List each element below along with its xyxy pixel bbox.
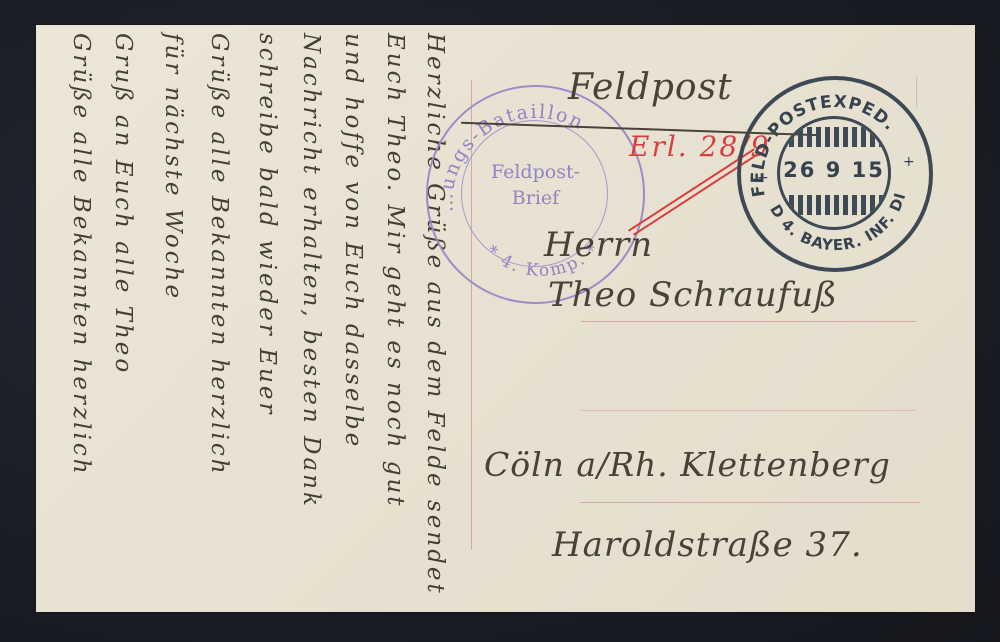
postcard: Herzliche Grüße aus dem Felde sendet Euc… (36, 25, 975, 612)
postmark: FELD-POSTEXPED. D 4. BAYER. INF. DIV. + … (737, 76, 933, 272)
unit-stamp-line2: Brief (428, 185, 643, 211)
address-city: Cöln a/Rh. Klettenberg (484, 445, 891, 484)
unit-stamp-line1: Feldpost- (428, 159, 643, 185)
address-street: Haroldstraße 37. (552, 525, 863, 565)
message-area: Herzliche Grüße aus dem Felde sendet Euc… (36, 25, 466, 612)
svg-text:+: + (903, 154, 915, 170)
postmark-bar (780, 195, 888, 215)
message-line: für nächste Woche (160, 33, 186, 301)
postmark-bar (780, 127, 888, 147)
message-line: Euch Theo. Mir geht es noch gut (382, 33, 408, 509)
feldpost-header: Feldpost (568, 67, 733, 108)
address-line (581, 410, 916, 411)
svg-text:+: + (757, 170, 769, 186)
message-line: Grüße alle Bekannten herzlich (206, 33, 232, 477)
unit-stamp: …ungs-Bataillon * 4. Komp. * Feldpost- B… (426, 85, 645, 304)
address-salutation: Herrn (544, 225, 653, 265)
address-line (581, 321, 916, 322)
postmark-date: 26 9 15 (780, 158, 888, 182)
postmark-inner-ring: 26 9 15 (777, 116, 891, 230)
message-line: Gruß an Euch alle Theo (110, 33, 136, 375)
address-line (580, 502, 920, 503)
address-name: Theo Schraufuß (548, 275, 838, 315)
message-line: Grüße alle Bekannten herzlich (68, 33, 94, 477)
message-line: Nachricht erhalten, besten Dank (298, 33, 324, 509)
message-line: schreibe bald wieder Euer (254, 33, 280, 416)
message-line: und hoffe von Euch dasselbe (340, 33, 366, 449)
